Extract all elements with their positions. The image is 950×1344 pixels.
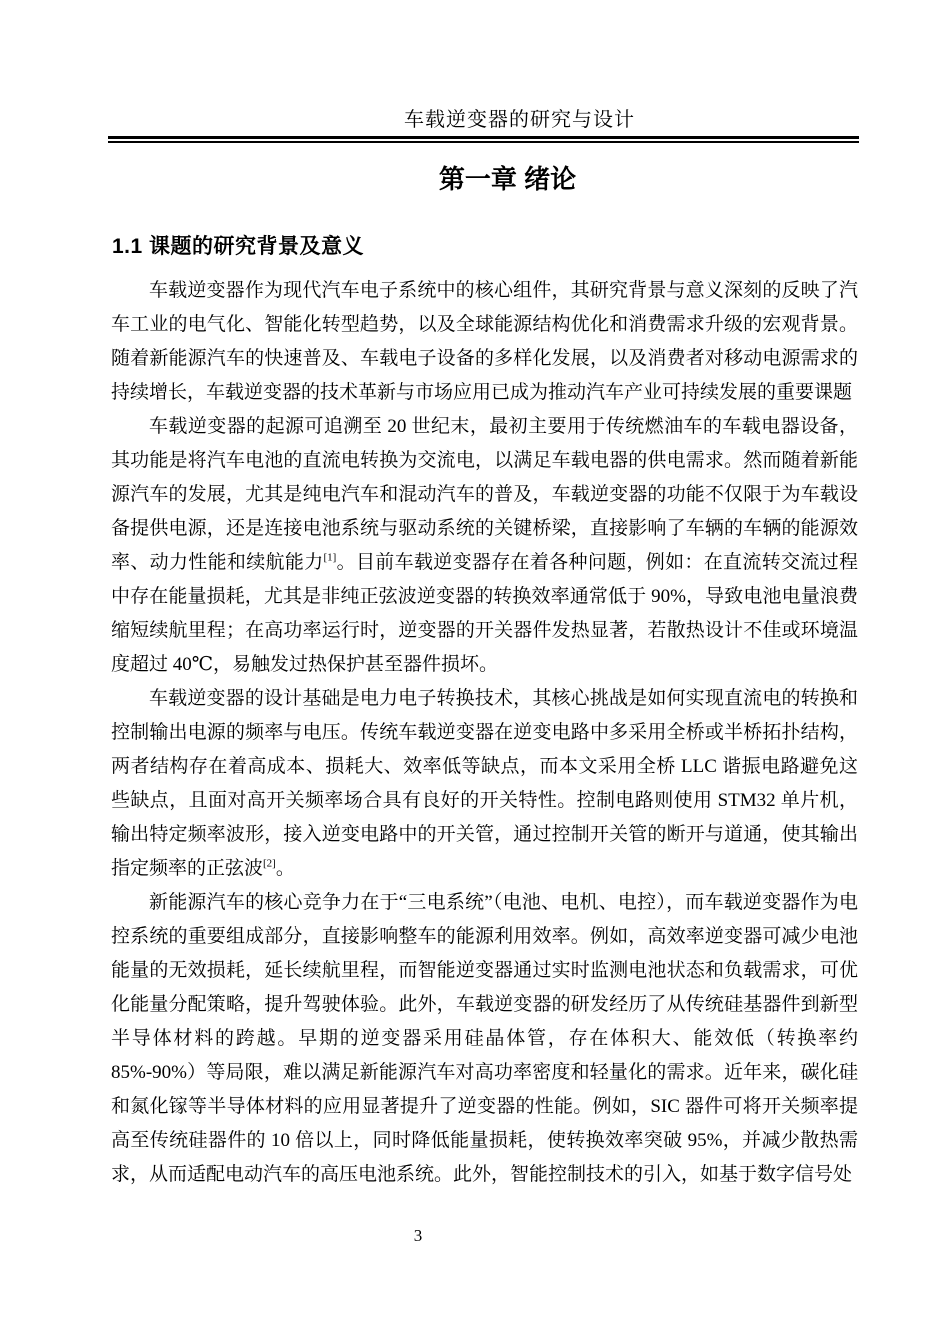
citation-superscript: [1] [324,552,337,564]
body-paragraph: 车载逆变器作为现代汽车电子系统中的核心组件，其研究背景与意义深刻的反映了汽车工业… [111,274,858,410]
paragraph-text: 。 [276,858,295,879]
running-head: 车载逆变器的研究与设计 [111,107,858,133]
document-page: 车载逆变器的研究与设计 第一章 绪论 1.1 课题的研究背景及意义 车载逆变器作… [0,0,950,1344]
body-paragraph: 新能源汽车的核心竞争力在于“三电系统”（电池、电机、电控），而车载逆变器作为电控… [111,886,858,1192]
body-paragraph: 车载逆变器的设计基础是电力电子转换技术，其核心挑战是如何实现直流电的转换和控制输… [111,682,858,886]
page-number: 3 [111,1224,725,1247]
body-text: 车载逆变器作为现代汽车电子系统中的核心组件，其研究背景与意义深刻的反映了汽车工业… [111,274,858,1209]
section-heading: 1.1 课题的研究背景及意义 [112,232,364,261]
body-paragraph: 车载逆变器的起源可追溯至 20 世纪末，最初主要用于传统燃油车的车载电器设备，其… [111,410,858,682]
paragraph-text: 车载逆变器作为现代汽车电子系统中的核心组件，其研究背景与意义深刻的反映了汽车工业… [111,280,858,403]
paragraph-text: 车载逆变器的起源可追溯至 20 世纪末，最初主要用于传统燃油车的车载电器设备，其… [111,416,858,573]
header-rule [108,136,859,143]
paragraph-text: 车载逆变器的设计基础是电力电子转换技术，其核心挑战是如何实现直流电的转换和控制输… [111,688,858,879]
citation-superscript: [2] [263,858,276,870]
paragraph-text: 新能源汽车的核心竞争力在于“三电系统”（电池、电机、电控），而车载逆变器作为电控… [111,892,858,1185]
chapter-title: 第一章 绪论 [111,161,858,197]
